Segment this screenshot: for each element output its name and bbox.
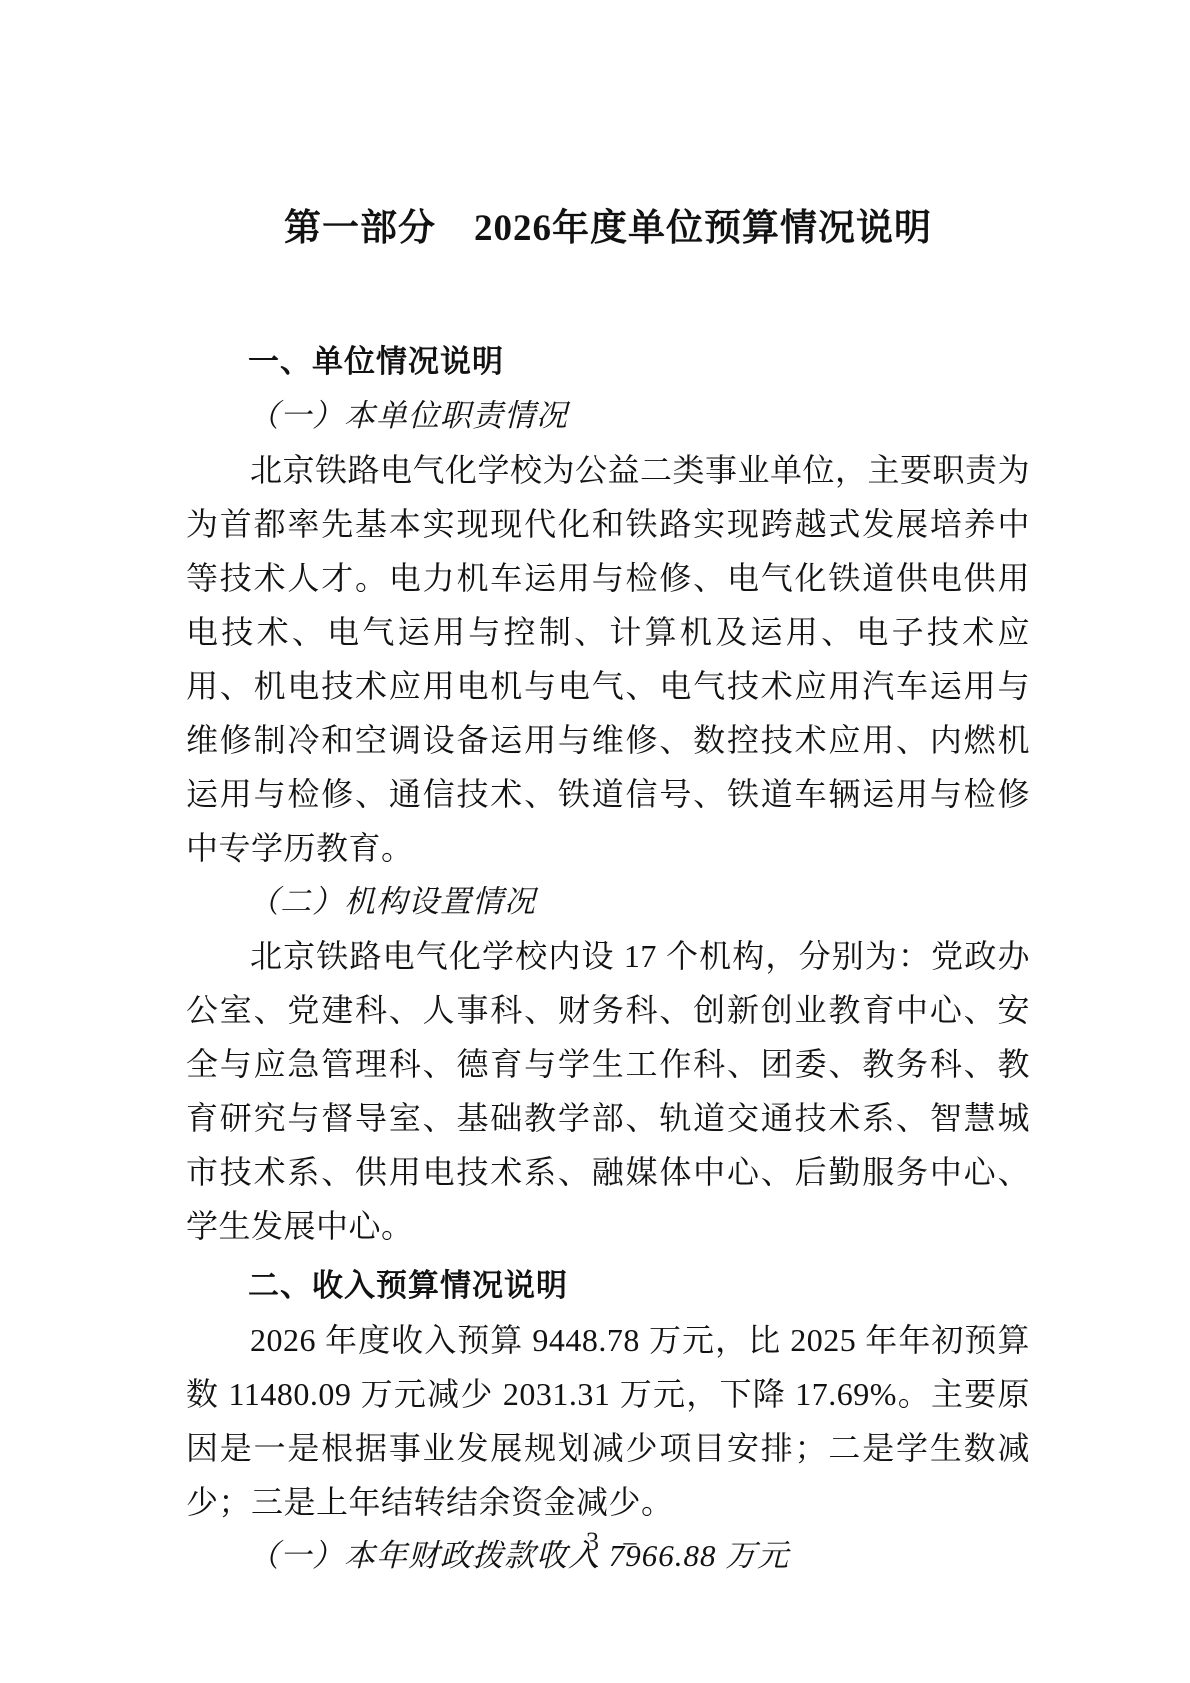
heading-unit-info: 一、单位情况说明 [186, 335, 1030, 389]
subheading-org-structure: （二）机构设置情况 [186, 875, 1030, 929]
paragraph-income-budget: 2026 年度收入预算 9448.78 万元，比 2025 年年初预算数 114… [186, 1313, 1030, 1529]
paragraph-unit-duties: 北京铁路电气化学校为公益二类事业单位，主要职责为为首都率先基本实现现代化和铁路实… [186, 443, 1030, 875]
document-page: 第一部分 2026年度单位预算情况说明 一、单位情况说明 （一）本单位职责情况 … [0, 0, 1190, 1683]
heading-income-budget: 二、收入预算情况说明 [186, 1259, 1030, 1313]
document-body: 第一部分 2026年度单位预算情况说明 一、单位情况说明 （一）本单位职责情况 … [186, 0, 1030, 1583]
page-number: – 3 – [0, 1528, 1190, 1556]
document-title: 第一部分 2026年度单位预算情况说明 [186, 205, 1030, 253]
subheading-unit-duties: （一）本单位职责情况 [186, 389, 1030, 443]
paragraph-org-structure: 北京铁路电气化学校内设 17 个机构，分别为：党政办公室、党建科、人事科、财务科… [186, 929, 1030, 1253]
